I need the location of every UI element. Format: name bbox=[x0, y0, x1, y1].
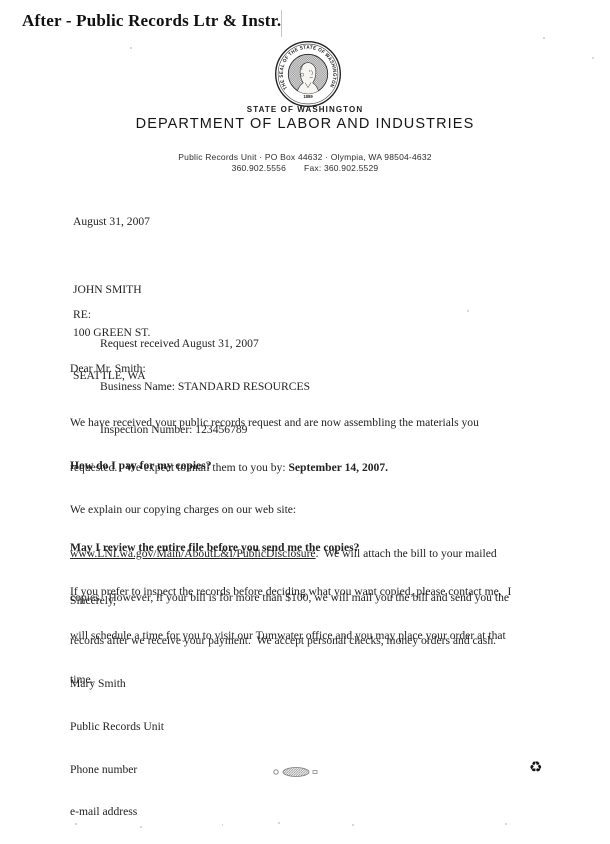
noise-speck bbox=[352, 824, 354, 826]
letterhead-phone-fax: 360.902.5556Fax: 360.902.5529 bbox=[0, 163, 610, 173]
salutation: Dear Mr. Smith: bbox=[70, 362, 146, 377]
department-name: DEPARTMENT OF LABOR AND INDUSTRIES bbox=[0, 116, 610, 132]
signer-phone: Phone number bbox=[70, 763, 164, 777]
noise-speck bbox=[130, 47, 132, 49]
noise-speck bbox=[543, 37, 545, 39]
pay-section-heading: How do I pay for my copies? bbox=[70, 459, 509, 474]
washington-state-seal-icon: THE SEAL OF THE STATE OF WASHINGTON 1889 bbox=[274, 40, 342, 108]
letterhead-phone: 360.902.5556 bbox=[232, 163, 286, 173]
signature-block: Mary Smith Public Records Unit Phone num… bbox=[70, 649, 164, 844]
noise-speck bbox=[222, 824, 223, 826]
recipient-name: JOHN SMITH bbox=[73, 283, 150, 297]
review-line1: If you prefer to inspect the records bef… bbox=[70, 585, 511, 600]
letter-date: August 31, 2007 bbox=[73, 215, 150, 230]
signer-name: Mary Smith bbox=[70, 677, 164, 691]
signer-email: e-mail address bbox=[70, 805, 164, 819]
state-of-washington-label: STATE OF WASHINGTON bbox=[0, 105, 610, 114]
seal-year: 1889 bbox=[303, 94, 313, 99]
re-request-received: Request received August 31, 2007 bbox=[100, 337, 310, 351]
review-section-heading: May I review the entire file before you … bbox=[70, 541, 511, 556]
noise-speck bbox=[505, 823, 507, 825]
noise-speck bbox=[278, 822, 280, 824]
letterhead-fax: Fax: 360.902.5529 bbox=[304, 163, 378, 173]
noise-speck bbox=[140, 826, 142, 828]
scanned-letter-page: After - Public Records Ltr & Instr. THE … bbox=[0, 0, 610, 844]
noise-speck bbox=[75, 823, 77, 825]
footer-printer-mark bbox=[267, 764, 327, 780]
closing: Sincerely, bbox=[70, 594, 116, 609]
scan-artifact-line bbox=[281, 10, 282, 37]
noise-speck bbox=[467, 310, 469, 312]
para1-line1: We have received your public records req… bbox=[70, 415, 479, 430]
review-line2: will schedule a time for you to visit ou… bbox=[70, 629, 511, 644]
recycle-icon: ♻ bbox=[529, 758, 542, 776]
noise-speck bbox=[592, 57, 594, 59]
document-title: After - Public Records Ltr & Instr. bbox=[22, 11, 281, 31]
signer-unit: Public Records Unit bbox=[70, 720, 164, 734]
letterhead-address: Public Records Unit · PO Box 44632 · Oly… bbox=[0, 152, 610, 162]
